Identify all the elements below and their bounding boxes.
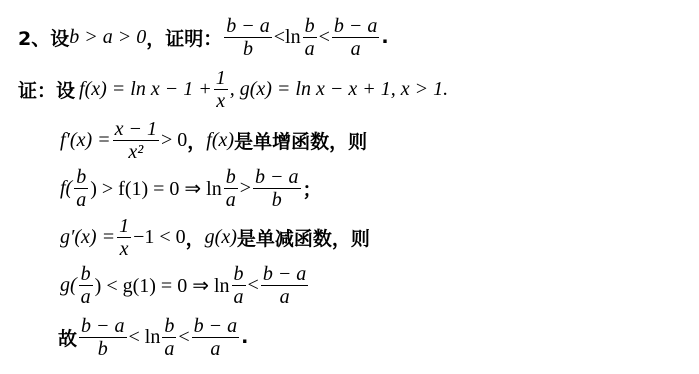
proof-line-5: g( b a ) < g(1) = 0 ⇒ ln b a < b − a a [60,260,310,310]
proof-line-1: 证：设 f(x) = ln x − 1 + 1 x , g(x) = ln x … [18,64,448,114]
problem-statement: 2、设 b > a > 0 ，证明： b − a b < ln b a < b … [18,12,389,62]
g-definition: , g(x) = ln x − x + 1, x > 1. [230,78,448,101]
proof-line-2: f′(x) = x − 1 x² > 0 ， f(x) 是单增函数，则 [60,115,367,165]
proof-line-4: g′(x) = 1 x −1 < 0 ， g(x) 是单减函数，则 [60,212,370,262]
fraction-mid: b a [303,15,317,60]
f-definition: f(x) = ln x − 1 + [79,78,212,101]
proof-label: 证：设 [18,76,75,103]
problem-condition: b > a > 0 [69,26,146,49]
proof-line-3: f( b a ) > f(1) = 0 ⇒ ln b a > b − a b ； [60,163,322,213]
problem-label: 2、设 [18,24,69,51]
fraction-right: b − a a [332,15,380,60]
prove-label: ，证明： [146,24,222,51]
fraction-left: b − a b [224,15,272,60]
conclusion: 故 b − a b < ln b a < b − a a . [58,312,248,362]
